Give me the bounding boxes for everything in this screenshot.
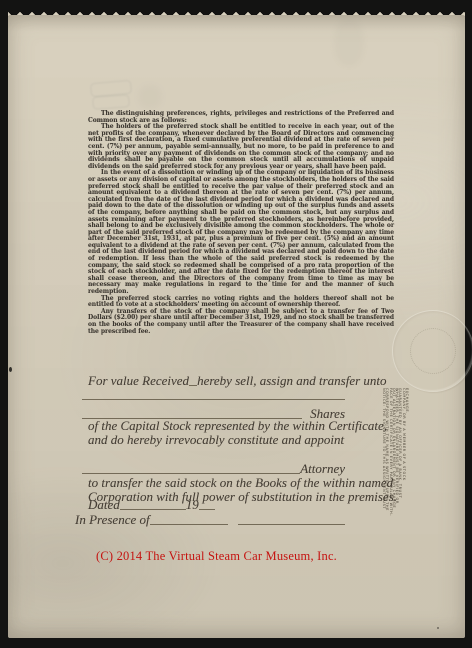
- blank-fill-line: [82, 395, 345, 400]
- transferee-name-line: [82, 390, 345, 402]
- showthrough-mark: [92, 94, 131, 111]
- legal-paragraph: Any transfers of the stock of the compan…: [88, 309, 394, 335]
- blank-fill-line: [120, 505, 186, 510]
- year-prefix: 19: [186, 497, 199, 512]
- legal-paragraph: The preferred stock carries no voting ri…: [88, 296, 394, 309]
- embossed-seal-inner-ring: [410, 328, 456, 374]
- legal-text-block: The distinguishing preferences, rights, …: [88, 111, 394, 335]
- copyright-notice: (C) 2014 The Virtual Steam Car Museum, I…: [0, 549, 445, 564]
- blank-fill-line: [150, 520, 228, 525]
- signature-notice-vertical: EXCHANGE. COMPANY, OR BY A MEMBER OF A S…: [380, 388, 408, 540]
- in-presence-of-label: In Presence of: [75, 512, 150, 527]
- document-scan: The distinguishing preferences, rights, …: [0, 0, 472, 648]
- sell-assign-transfer-text: hereby sell, assign and transfer unto: [197, 373, 386, 388]
- constitute-appoint-line: and do hereby irrevocably constitute and…: [88, 431, 345, 447]
- showthrough-mark: [334, 18, 364, 66]
- dated-line: Dated 19: [88, 496, 220, 512]
- notice-line: NOTICE: THE SIGNATURE TO THIS ASSIGNMENT…: [382, 388, 385, 540]
- blank-fill-line: [199, 505, 215, 510]
- transfer-opening-line: For value Received hereby sell, assign a…: [88, 372, 344, 388]
- for-value-received-text: For value Received: [88, 373, 189, 388]
- legal-paragraph: The holders of the preferred stock shall…: [88, 124, 394, 170]
- showthrough-mark: [138, 85, 162, 109]
- paper-speck: [437, 627, 439, 629]
- blank-fill-line: [189, 381, 197, 386]
- constitute-appoint-text: and do hereby irrevocably constitute and…: [88, 432, 344, 447]
- legal-paragraph: In the event of a dissolution or winding…: [88, 170, 394, 295]
- witness-line: In Presence of: [75, 511, 345, 527]
- paper-speck: [9, 367, 12, 372]
- blank-fill-line: [238, 520, 345, 525]
- embossed-seal: [392, 310, 472, 392]
- dated-label: Dated: [88, 497, 120, 512]
